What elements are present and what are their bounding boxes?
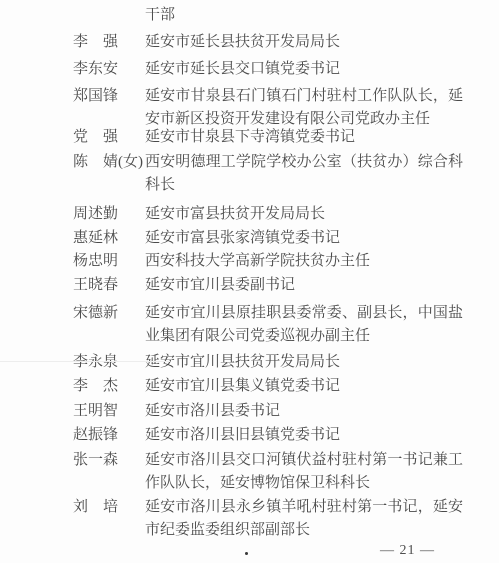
person-name: 王明智 <box>73 400 145 423</box>
person-name: 惠延林 <box>73 227 145 250</box>
document-page: 干部 李 强 延安市延长县扶贫开发局局长 李东安 延安市延长县交口镇党委书记 郑… <box>0 0 499 563</box>
person-title: 延安市延长县交口镇党委书记 <box>145 58 463 81</box>
list-item: 刘 培 延安市洛川县永乡镇羊吼村驻村第一书记，延安市纪委监委组织部副部长 <box>73 496 465 542</box>
person-title: 延安市洛川县旧县镇党委书记 <box>145 424 463 447</box>
list-item: 党 强 延安市甘泉县下寺湾镇党委书记 <box>73 126 465 149</box>
continuation-line: 干部 <box>145 4 175 27</box>
person-name: 刘 培 <box>73 496 145 519</box>
person-name: 李 杰 <box>73 375 145 398</box>
person-name: 赵振锋 <box>73 424 145 447</box>
person-title: 西安明德理工学院学校办公室（扶贫办）综合科科长 <box>145 151 463 197</box>
list-item: 李永泉 延安市宜川县扶贫开发局局长 <box>73 351 465 374</box>
person-title: 延安市洛川县交口河镇伏益村驻村第一书记兼工作队队长，延安博物馆保卫科科长 <box>145 449 463 495</box>
list-item: 王晓春 延安市宜川县委副书记 <box>73 274 465 297</box>
person-name: 杨忠明 <box>73 250 145 273</box>
list-item: 李东安 延安市延长县交口镇党委书记 <box>73 58 465 81</box>
person-title: 延安市富县张家湾镇党委书记 <box>145 227 463 250</box>
person-name: 张一森 <box>73 449 145 472</box>
list-item: 张一森 延安市洛川县交口河镇伏益村驻村第一书记兼工作队队长，延安博物馆保卫科科长 <box>73 449 465 495</box>
person-title: 延安市宜川县扶贫开发局局长 <box>145 351 463 374</box>
person-title: 延安市延长县扶贫开发局局长 <box>145 31 463 54</box>
person-title: 延安市洛川县委书记 <box>145 400 463 423</box>
person-name: 郑国锋 <box>73 85 145 108</box>
person-name: 陈 婧(女) <box>73 151 145 174</box>
person-name: 宋德新 <box>73 302 145 325</box>
person-name: 李永泉 <box>73 351 145 374</box>
list-item: 赵振锋 延安市洛川县旧县镇党委书记 <box>73 424 465 447</box>
list-item: 王明智 延安市洛川县委书记 <box>73 400 465 423</box>
person-title: 延安市宜川县委副书记 <box>145 274 463 297</box>
list-item: 郑国锋 延安市甘泉县石门镇石门村驻村工作队队长，延安市新区投资开发建设有限公司党… <box>73 85 465 131</box>
person-title: 延安市富县扶贫开发局局长 <box>145 203 463 226</box>
list-item: 宋德新 延安市宜川县原挂职县委常委、副县长，中国盐业集团有限公司党委巡视办副主任 <box>73 302 465 348</box>
person-name: 李 强 <box>73 31 145 54</box>
footer-bullet-dot <box>245 552 248 555</box>
person-title: 延安市甘泉县石门镇石门村驻村工作队队长，延安市新区投资开发建设有限公司党政办主任 <box>145 85 463 131</box>
list-item: 惠延林 延安市富县张家湾镇党委书记 <box>73 227 465 250</box>
person-name: 周述勤 <box>73 203 145 226</box>
person-title: 延安市洛川县永乡镇羊吼村驻村第一书记，延安市纪委监委组织部副部长 <box>145 496 463 542</box>
person-name: 王晓春 <box>73 274 145 297</box>
person-title: 延安市甘泉县下寺湾镇党委书记 <box>145 126 463 149</box>
list-item: 杨忠明 西安科技大学高新学院扶贫办主任 <box>73 250 465 273</box>
person-title: 延安市宜川县集义镇党委书记 <box>145 375 463 398</box>
list-item: 周述勤 延安市富县扶贫开发局局长 <box>73 203 465 226</box>
list-item: 李 杰 延安市宜川县集义镇党委书记 <box>73 375 465 398</box>
person-name: 党 强 <box>73 126 145 149</box>
page-number: — 21 — <box>380 543 435 559</box>
list-item: 李 强 延安市延长县扶贫开发局局长 <box>73 31 465 54</box>
scan-artifact-line <box>0 361 170 362</box>
person-name: 李东安 <box>73 58 145 81</box>
list-item: 陈 婧(女) 西安明德理工学院学校办公室（扶贫办）综合科科长 <box>73 151 465 197</box>
person-title: 西安科技大学高新学院扶贫办主任 <box>145 250 463 273</box>
person-title: 延安市宜川县原挂职县委常委、副县长，中国盐业集团有限公司党委巡视办副主任 <box>145 302 463 348</box>
